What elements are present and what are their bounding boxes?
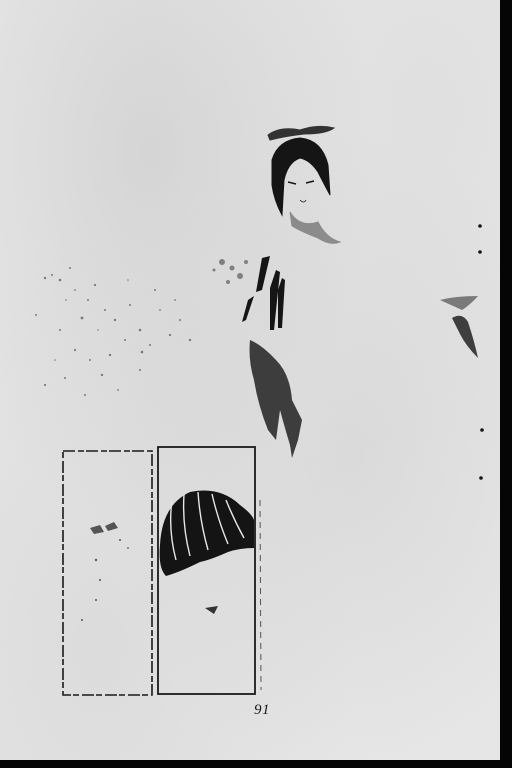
scan-border-right — [500, 0, 512, 768]
right-panel — [158, 447, 261, 694]
scan-border-bottom — [0, 760, 512, 768]
speckled-texture-area — [35, 267, 191, 396]
left-panel — [63, 451, 152, 695]
right-edge-fragment — [440, 224, 484, 480]
kimono-sleeve-figure — [213, 256, 303, 458]
manga-page: 91 — [0, 0, 500, 760]
page-number: 91 — [246, 702, 278, 719]
page-artwork — [0, 0, 500, 760]
girl-with-hair-ribbon — [268, 126, 340, 243]
